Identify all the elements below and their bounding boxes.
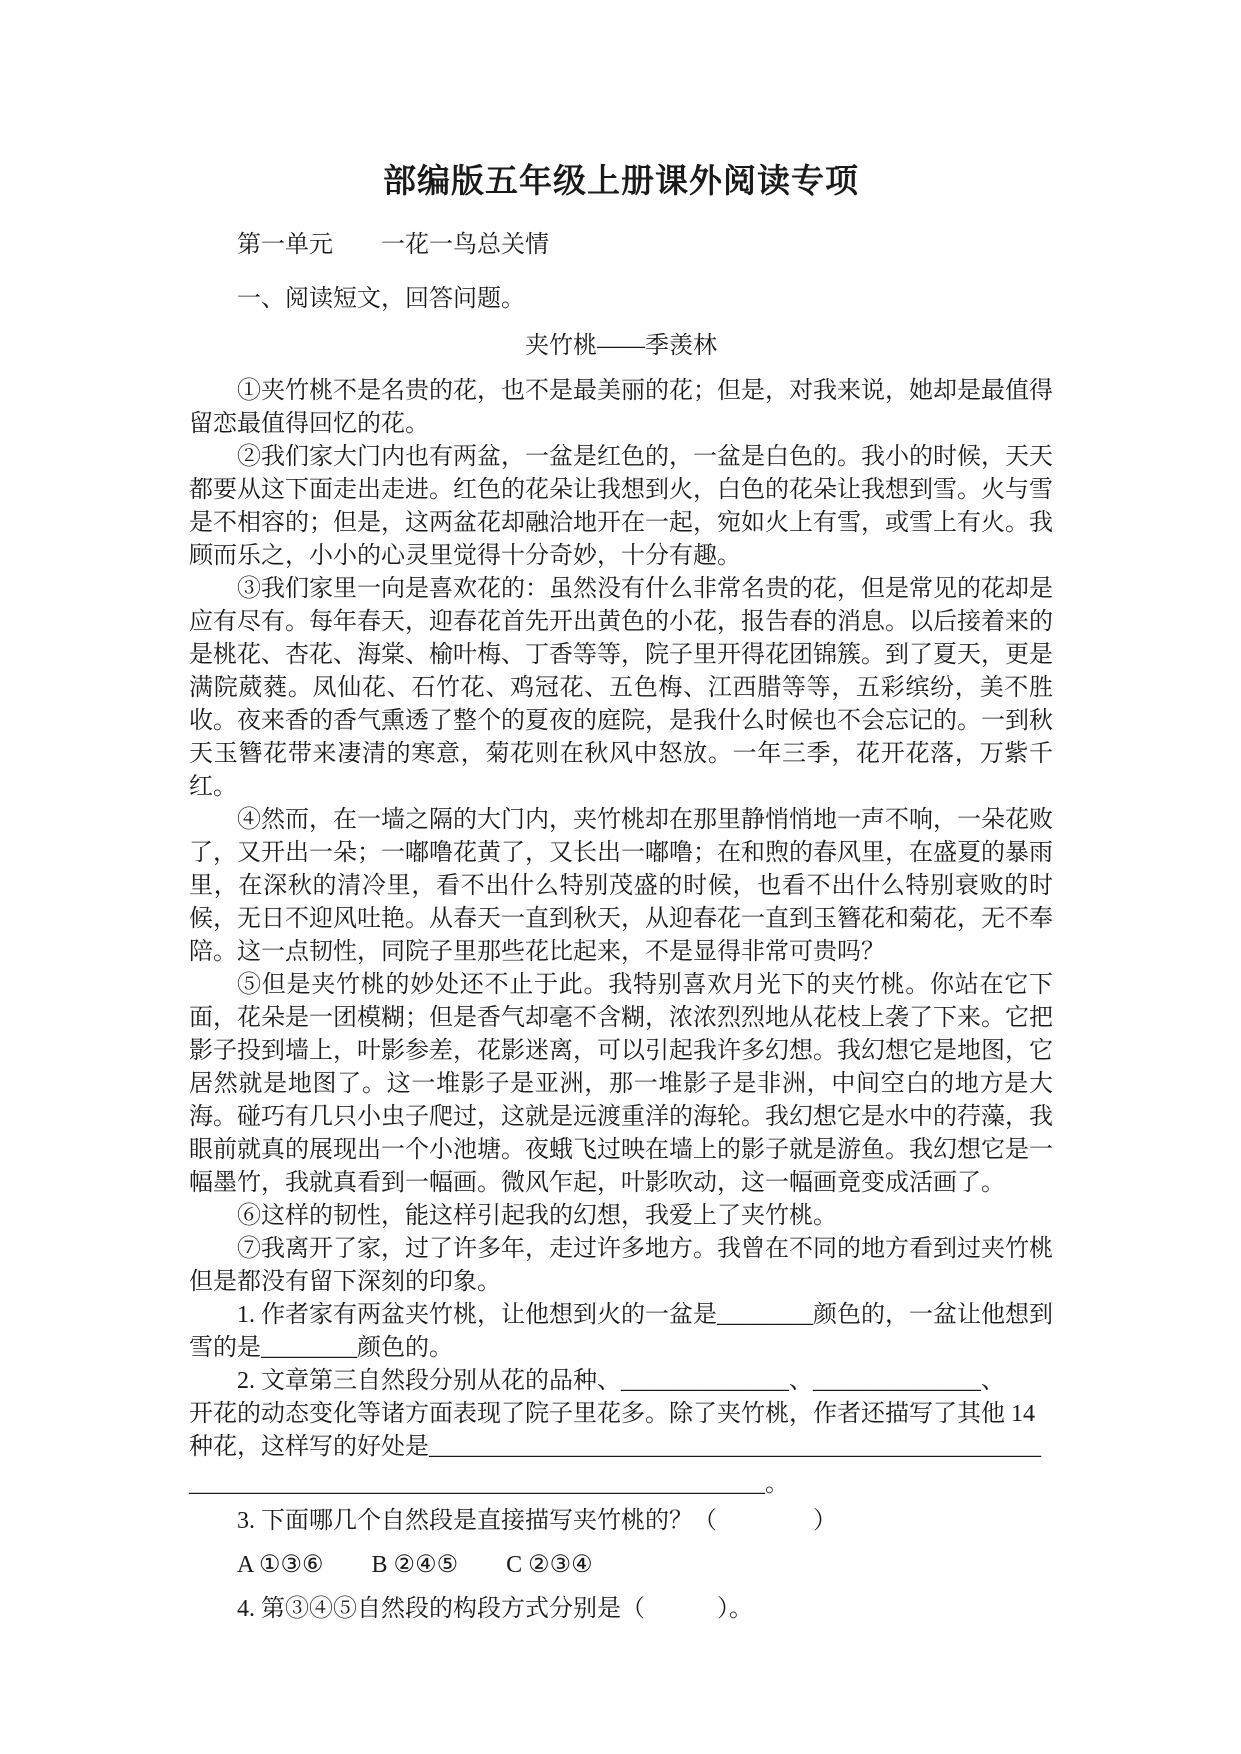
question-line: 开花的动态变化等诸方面表现了院子里花多。除了夹竹桃，作者还描写了其他 14 [189, 1398, 1053, 1431]
passage-paragraph: ⑦我离开了家，过了许多年，走过许多地方。我曾在不同的地方看到过夹竹桃但是都没有留… [189, 1233, 1053, 1299]
question-line: 雪的是________颜色的。 [189, 1332, 1053, 1365]
passage-paragraph: ⑥这样的韧性，能这样引起我的幻想，我爱上了夹竹桃。 [189, 1200, 1053, 1233]
question-line: 3. 下面哪几个自然段是直接描写夹竹桃的？（ ） [189, 1505, 1053, 1538]
question-line: 2. 文章第三自然段分别从花的品种、______________、_______… [189, 1365, 1053, 1398]
question-line: A ①③⑥ B ②④⑤ C ②③④ [189, 1549, 1053, 1582]
document-content: 部编版五年级上册课外阅读专项 第一单元 一花一鸟总关情 一、阅读短文，回答问题。… [189, 0, 1053, 1626]
passage-title: 夹竹桃——季羡林 [189, 330, 1053, 363]
passage-paragraph: ⑤但是夹竹桃的妙处还不止于此。我特别喜欢月光下的夹竹桃。你站在它下面，花朵是一团… [189, 969, 1053, 1200]
passage-paragraph: ①夹竹桃不是名贵的花，也不是最美丽的花；但是，对我来说，她却是最值得留恋最值得回… [189, 375, 1053, 441]
unit-heading: 第一单元 一花一鸟总关情 [189, 229, 1053, 262]
section-instruction: 一、阅读短文，回答问题。 [189, 283, 1053, 316]
question-line: 4. 第③④⑤自然段的构段方式分别是（ ）。 [189, 1593, 1053, 1626]
question-line: 种花，这样写的好处是______________________________… [189, 1431, 1053, 1464]
document-page: 部编版五年级上册课外阅读专项 第一单元 一花一鸟总关情 一、阅读短文，回答问题。… [0, 0, 1241, 1754]
passage-paragraph: ③我们家里一向是喜欢花的：虽然没有什么非常名贵的花，但是常见的花却是应有尽有。每… [189, 573, 1053, 804]
questions-section: 1. 作者家有两盆夹竹桃，让他想到火的一盆是________颜色的，一盆让他想到… [189, 1299, 1053, 1626]
passage-paragraph: ④然而，在一墙之隔的大门内，夹竹桃却在那里静悄悄地一声不响，一朵花败了，又开出一… [189, 804, 1053, 969]
passage-body: ①夹竹桃不是名贵的花，也不是最美丽的花；但是，对我来说，她却是最值得留恋最值得回… [189, 375, 1053, 1299]
question-line: ________________________________________… [189, 1468, 1053, 1501]
page-title: 部编版五年级上册课外阅读专项 [189, 0, 1053, 202]
passage-paragraph: ②我们家大门内也有两盆，一盆是红色的，一盆是白色的。我小的时候，天天都要从这下面… [189, 441, 1053, 573]
question-line: 1. 作者家有两盆夹竹桃，让他想到火的一盆是________颜色的，一盆让他想到 [189, 1299, 1053, 1332]
